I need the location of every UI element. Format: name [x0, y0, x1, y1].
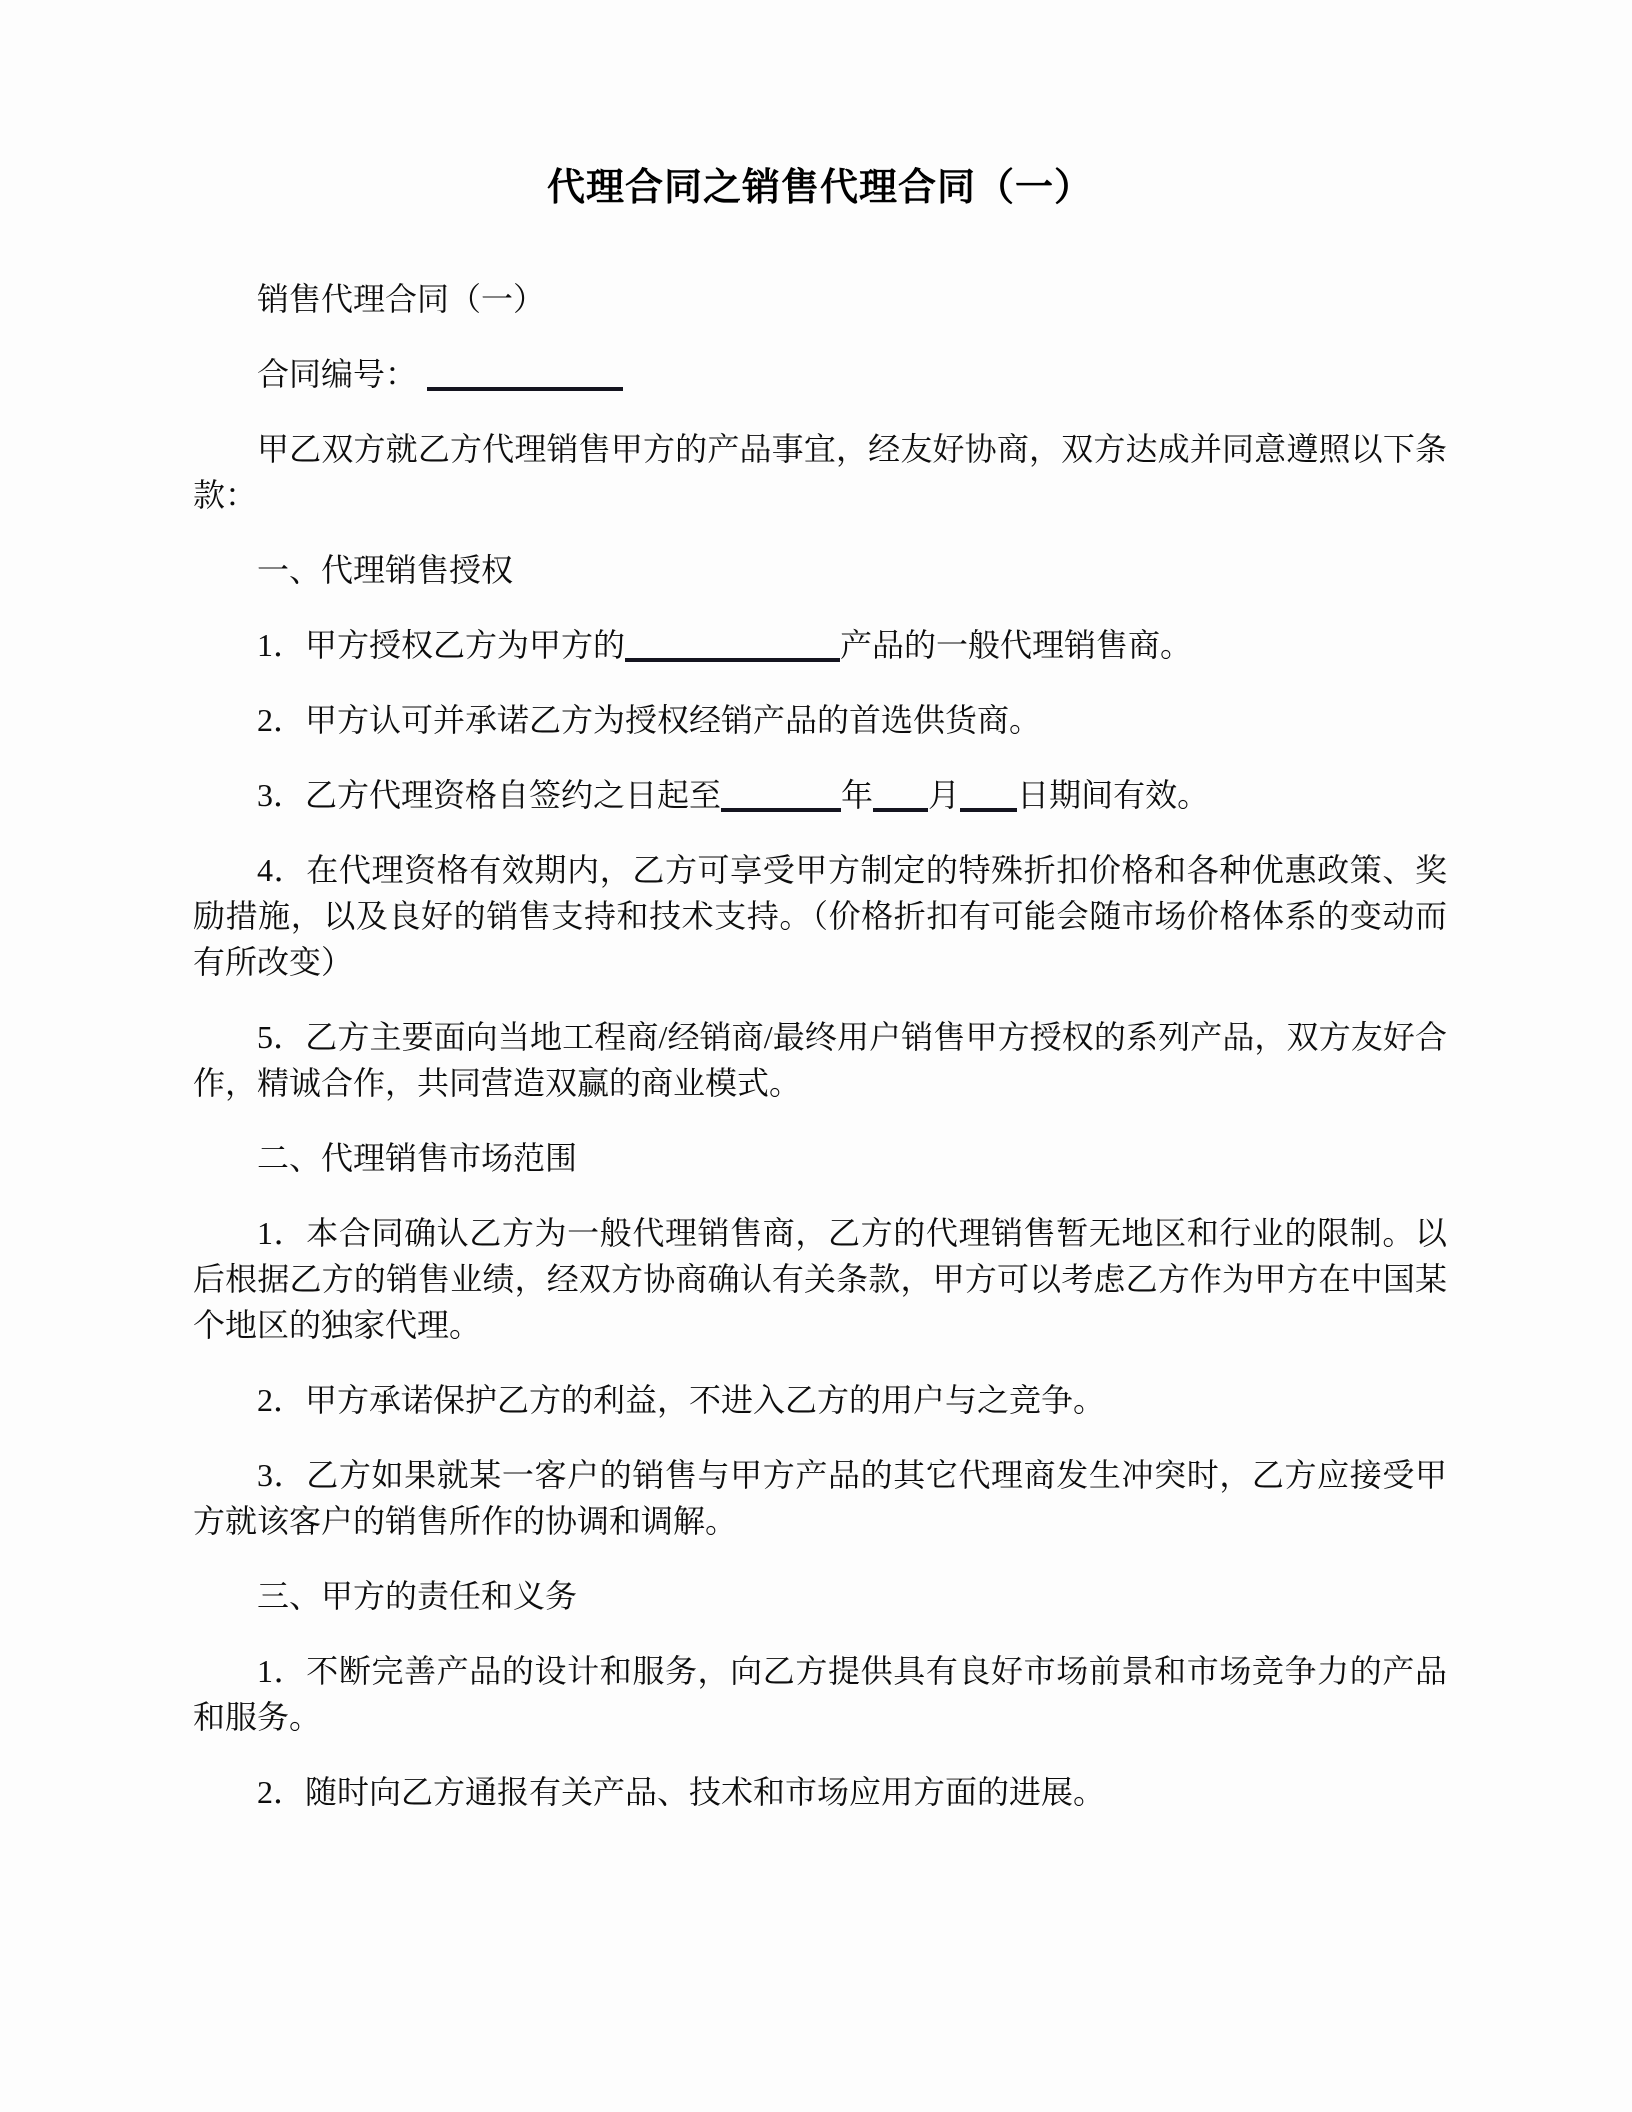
section-1-heading-text: 一、代理销售授权: [257, 552, 513, 588]
section-3-item-2: 2．随时向乙方通报有关产品、技术和市场应用方面的进展。: [193, 1769, 1447, 1815]
item-text: 甲方认可并承诺乙方为授权经销产品的首选供货商。: [305, 702, 1041, 738]
section-3-heading: 三、甲方的责任和义务: [193, 1573, 1447, 1619]
item-text: 本合同确认乙方为一般代理销售商，乙方的代理销售暂无地区和行业的限制。以后根据乙方…: [193, 1215, 1447, 1343]
section-1-item-5: 5．乙方主要面向当地工程商/经销商/最终用户销售甲方授权的系列产品，双方友好合作…: [193, 1014, 1447, 1106]
item-number: 4．: [257, 852, 306, 888]
item-text: 在代理资格有效期内，乙方可享受甲方制定的特殊折扣价格和各种优惠政策、奖励措施，以…: [193, 852, 1447, 980]
year-label: 年: [841, 777, 873, 813]
document-subtitle: 销售代理合同（一）: [193, 276, 1447, 322]
section-1-item-2: 2．甲方认可并承诺乙方为授权经销产品的首选供货商。: [193, 697, 1447, 743]
section-2-heading: 二、代理销售市场范围: [193, 1135, 1447, 1181]
item-number: 5．: [257, 1019, 305, 1055]
product-name-blank: [625, 632, 840, 662]
item-number: 1．: [257, 627, 305, 663]
section-1-item-3: 3．乙方代理资格自签约之日起至年月日期间有效。: [193, 772, 1447, 818]
item-text: 不断完善产品的设计和服务，向乙方提供具有良好市场前景和市场竞争力的产品和服务。: [193, 1653, 1447, 1735]
section-2-item-3: 3．乙方如果就某一客户的销售与甲方产品的其它代理商发生冲突时，乙方应接受甲方就该…: [193, 1452, 1447, 1544]
contract-number-line: 合同编号：: [193, 351, 1447, 397]
section-2-item-1: 1．本合同确认乙方为一般代理销售商，乙方的代理销售暂无地区和行业的限制。以后根据…: [193, 1210, 1447, 1348]
month-label: 月: [928, 777, 960, 813]
subtitle-text: 销售代理合同（一）: [257, 281, 545, 317]
contract-number-blank: [427, 361, 623, 391]
contract-number-label: 合同编号：: [257, 356, 417, 392]
item-number: 2．: [257, 702, 305, 738]
item-text: 乙方如果就某一客户的销售与甲方产品的其它代理商发生冲突时，乙方应接受甲方就该客户…: [193, 1457, 1447, 1539]
item-number: 2．: [257, 1382, 305, 1418]
section-2-heading-text: 二、代理销售市场范围: [257, 1140, 577, 1176]
item-text-post: 产品的一般代理销售商。: [840, 627, 1192, 663]
section-1-heading: 一、代理销售授权: [193, 547, 1447, 593]
year-blank: [721, 782, 841, 812]
day-blank: [960, 782, 1017, 812]
item-text-post: 日期间有效。: [1017, 777, 1209, 813]
section-2-item-2: 2．甲方承诺保护乙方的利益，不进入乙方的用户与之竞争。: [193, 1377, 1447, 1423]
item-number: 3．: [257, 1457, 306, 1493]
section-1-item-4: 4．在代理资格有效期内，乙方可享受甲方制定的特殊折扣价格和各种优惠政策、奖励措施…: [193, 847, 1447, 985]
section-3-item-1: 1．不断完善产品的设计和服务，向乙方提供具有良好市场前景和市场竞争力的产品和服务…: [193, 1648, 1447, 1740]
item-number: 3．: [257, 777, 305, 813]
item-text: 乙方主要面向当地工程商/经销商/最终用户销售甲方授权的系列产品，双方友好合作，精…: [193, 1019, 1447, 1101]
item-number: 1．: [257, 1653, 306, 1689]
contract-document: 代理合同之销售代理合同（一） 销售代理合同（一） 合同编号： 甲乙双方就乙方代理…: [0, 0, 1632, 2112]
item-text-pre: 甲方授权乙方为甲方的: [305, 627, 625, 663]
intro-paragraph: 甲乙双方就乙方代理销售甲方的产品事宜，经友好协商，双方达成并同意遵照以下条款：: [193, 426, 1447, 518]
section-1-item-1: 1．甲方授权乙方为甲方的产品的一般代理销售商。: [193, 622, 1447, 668]
document-title: 代理合同之销售代理合同（一）: [193, 160, 1447, 216]
item-text-pre: 乙方代理资格自签约之日起至: [305, 777, 721, 813]
month-blank: [873, 782, 928, 812]
intro-text: 甲乙双方就乙方代理销售甲方的产品事宜，经友好协商，双方达成并同意遵照以下条款：: [193, 431, 1447, 513]
item-text: 随时向乙方通报有关产品、技术和市场应用方面的进展。: [305, 1774, 1105, 1810]
item-text: 甲方承诺保护乙方的利益，不进入乙方的用户与之竞争。: [305, 1382, 1105, 1418]
section-3-heading-text: 三、甲方的责任和义务: [257, 1578, 577, 1614]
item-number: 2．: [257, 1774, 305, 1810]
item-number: 1．: [257, 1215, 306, 1251]
